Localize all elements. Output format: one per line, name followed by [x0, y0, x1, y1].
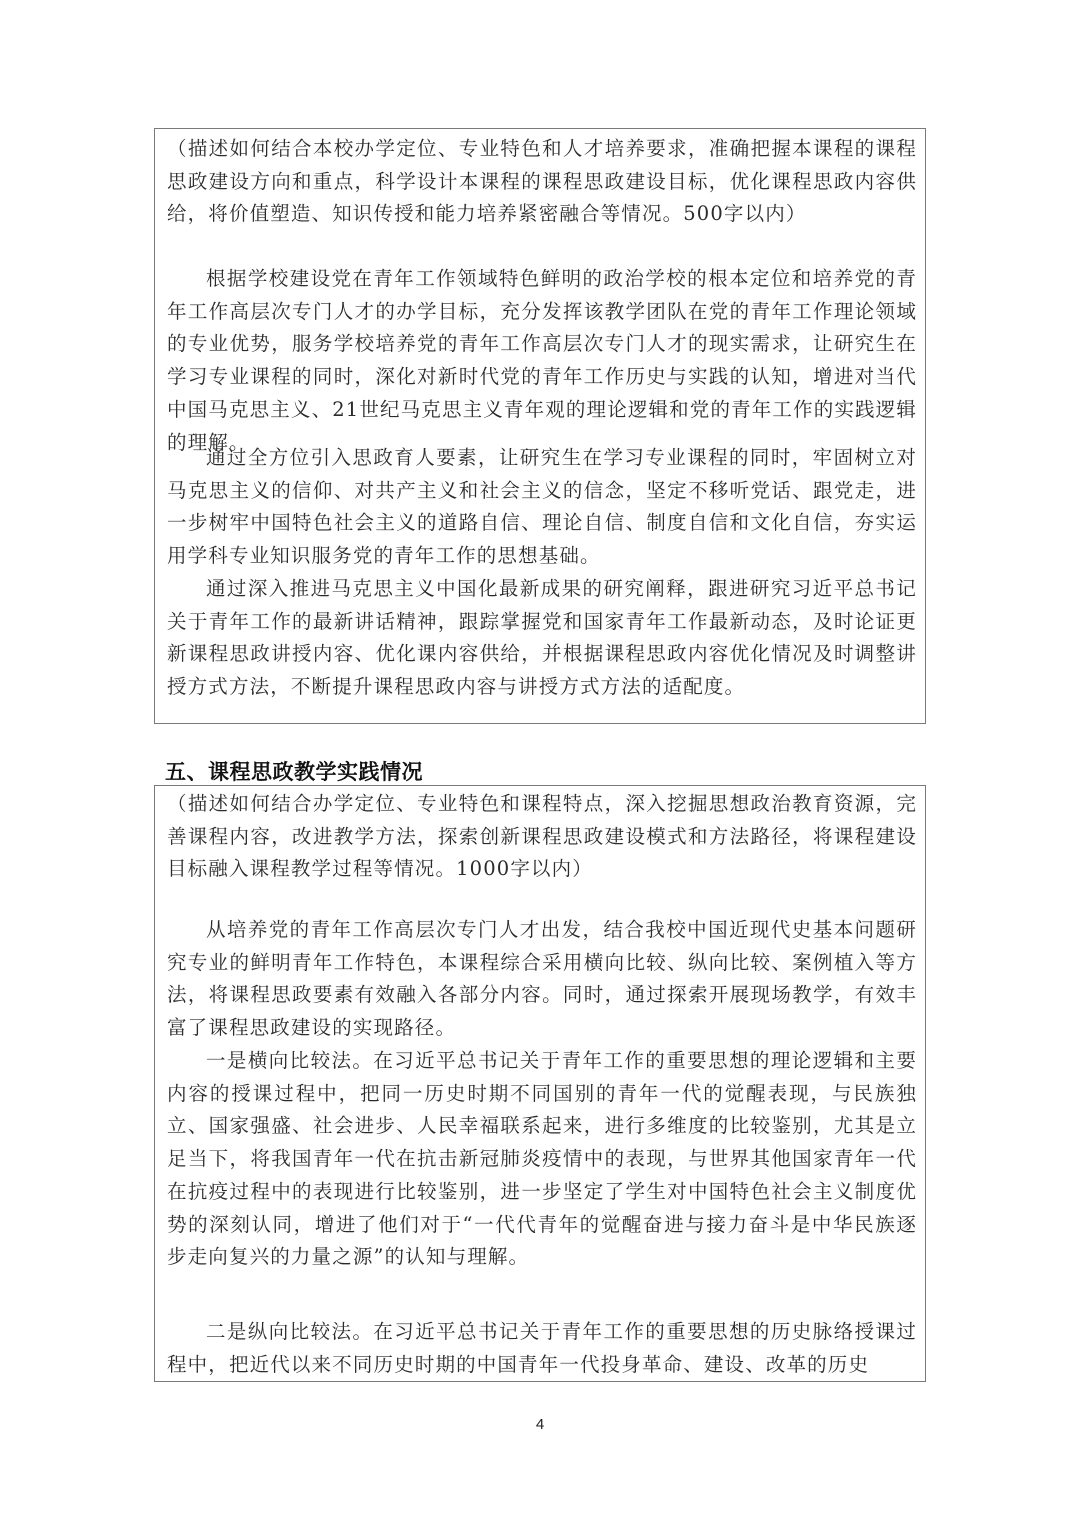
section5-paragraph-3: 二是纵向比较法。在习近平总书记关于青年工作的重要思想的历史脉络授课过程中，把近代… — [167, 1316, 917, 1381]
section5-paragraph-1: 从培养党的青年工作高层次专门人才出发，结合我校中国近现代史基本问题研究专业的鲜明… — [167, 914, 917, 1045]
section5-text-box: （描述如何结合办学定位、专业特色和课程特点，深入挖掘思想政治教育资源，完善课程内… — [154, 785, 926, 1382]
section4-paragraph-1: 根据学校建设党在青年工作领域特色鲜明的政治学校的根本定位和培养党的青年工作高层次… — [167, 263, 917, 459]
section5-instruction: （描述如何结合办学定位、专业特色和课程特点，深入挖掘思想政治教育资源，完善课程内… — [167, 788, 917, 886]
section4-text-box: （描述如何结合本校办学定位、专业特色和人才培养要求，准确把握本课程的课程思政建设… — [154, 128, 926, 724]
section4-paragraph-2: 通过全方位引入思政育人要素，让研究生在学习专业课程的同时，牢固树立对马克思主义的… — [167, 442, 917, 573]
page-number: 4 — [0, 1416, 1080, 1433]
section4-paragraph-3: 通过深入推进马克思主义中国化最新成果的研究阐释，跟进研究习近平总书记关于青年工作… — [167, 573, 917, 704]
section5-paragraph-2: 一是横向比较法。在习近平总书记关于青年工作的重要思想的理论逻辑和主要内容的授课过… — [167, 1045, 917, 1274]
section4-instruction: （描述如何结合本校办学定位、专业特色和人才培养要求，准确把握本课程的课程思政建设… — [167, 133, 917, 231]
section5-heading: 五、课程思政教学实践情况 — [165, 756, 423, 786]
